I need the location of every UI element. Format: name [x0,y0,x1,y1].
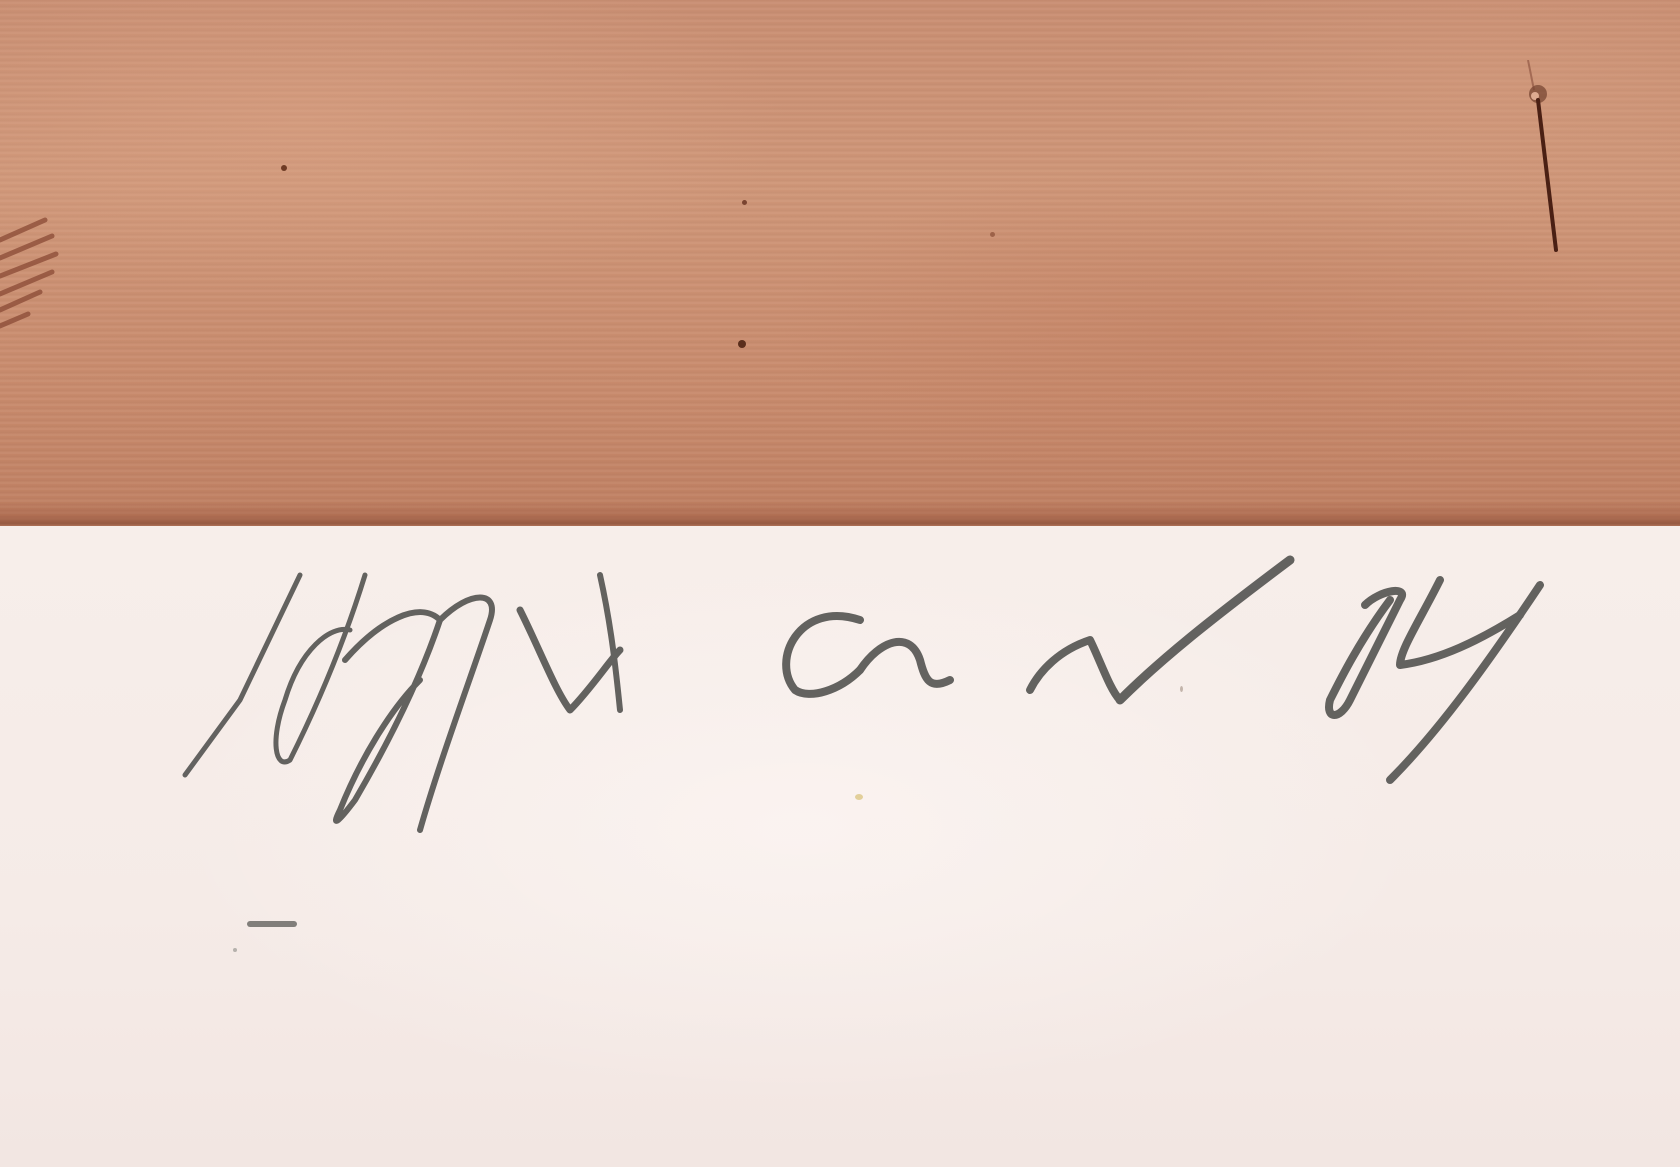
photograph: Signature (cursive, illegible) 84 [0,0,1680,1167]
pencil-signature [0,0,1680,1167]
